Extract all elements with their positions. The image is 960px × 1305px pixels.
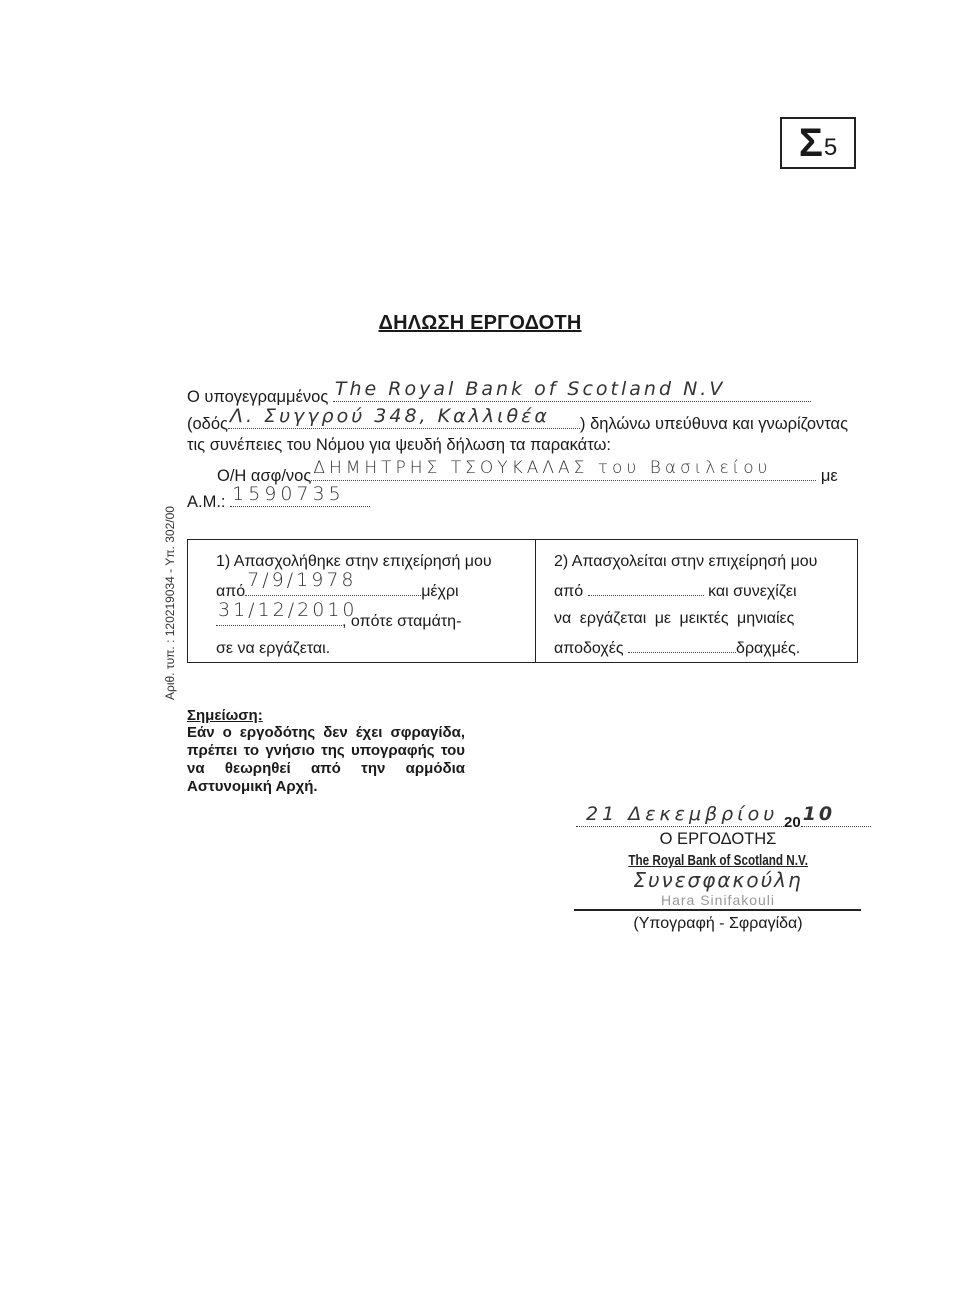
am-label: Α.Μ.: bbox=[187, 493, 226, 511]
box1-line4: σε να εργάζεται. bbox=[216, 635, 535, 662]
date-value: 21 Δεκεμβρίου bbox=[586, 803, 778, 825]
signatory-label: Ο υπογεγραμμένος bbox=[187, 388, 328, 406]
box1-from-field[interactable]: 7/9/1978 bbox=[245, 575, 421, 596]
box2-continues-text: και συνεχίζει bbox=[708, 583, 797, 600]
handwritten-signature: Συνεσφακούλη bbox=[633, 868, 802, 892]
box1-until-line: 31/12/2010 , οπότε σταμάτη- bbox=[216, 605, 535, 635]
handwritten-signature-wrap: Συνεσφακούλη bbox=[576, 868, 860, 892]
am-field[interactable]: 1590735 bbox=[230, 486, 370, 507]
signatory-field[interactable]: The Royal Bank of Scotland N.V bbox=[333, 381, 811, 402]
year-prefix: 20 bbox=[784, 814, 801, 831]
insured-value: ΔΗΜΗΤΡΗΣ ΤΣΟΥΚΑΛΑΣ του Βασιλείου bbox=[313, 457, 771, 479]
signature-line bbox=[574, 909, 861, 911]
box1-stopped-text: , οπότε σταμάτη- bbox=[342, 613, 461, 630]
am-value: 1590735 bbox=[232, 483, 345, 505]
form-code-symbol: Σ bbox=[799, 123, 823, 163]
street-label: (οδός bbox=[187, 415, 228, 433]
box2-earnings-label: αποδοχές bbox=[554, 640, 624, 657]
year-value: 10 bbox=[803, 803, 835, 825]
street-value: Λ. Συγγρού 348, Καλλιθέα bbox=[230, 405, 550, 427]
street-suffix: ) δηλώνω υπεύθυνα και γνωρίζοντας bbox=[580, 415, 848, 433]
box2-line1: 2) Απασχολείται στην επιχείρησή μου bbox=[554, 548, 857, 575]
box2-from-line: από και συνεχίζει bbox=[554, 575, 857, 605]
signatory-value: The Royal Bank of Scotland N.V bbox=[335, 378, 725, 400]
street-line: (οδός Λ. Συγγρού 348, Καλλιθέα ) δηλώνω … bbox=[187, 408, 848, 435]
box1-until-value: 31/12/2010 bbox=[218, 597, 358, 624]
box2-line3: να εργάζεται με μεικτές μηνιαίες bbox=[554, 605, 857, 632]
signatory-line: Ο υπογεγραμμένος The Royal Bank of Scotl… bbox=[187, 381, 811, 408]
am-line: Α.Μ.: 1590735 bbox=[187, 486, 370, 513]
page-title: ΔΗΛΩΣΗ ΕΡΓΟΔΟΤΗ bbox=[0, 312, 960, 335]
stamp-person-wrap: Hara Sinifakouli bbox=[576, 892, 860, 910]
note-title: Σημείωση: bbox=[187, 707, 465, 724]
street-field[interactable]: Λ. Συγγρού 348, Καλλιθέα bbox=[228, 408, 580, 429]
stamp-person: Hara Sinifakouli bbox=[661, 892, 775, 908]
box2-from-field[interactable] bbox=[588, 575, 704, 596]
box1-until-label: μέχρι bbox=[421, 583, 458, 600]
form-code-box: Σ 5 bbox=[780, 117, 856, 169]
year-field[interactable]: 10 bbox=[801, 806, 871, 827]
box-employment-continues: 2) Απασχολείται στην επιχείρησή μου από … bbox=[535, 539, 858, 663]
note-section: Σημείωση: Εάν ο εργοδότης δεν έχει σφραγ… bbox=[187, 707, 465, 796]
form-code-number: 5 bbox=[824, 134, 837, 162]
date-field[interactable]: 21 Δεκεμβρίου bbox=[576, 806, 784, 827]
signature-caption: (Υπογραφή - Σφραγίδα) bbox=[576, 915, 860, 933]
employer-label: Ο ΕΡΓΟΔΟΤΗΣ bbox=[576, 830, 860, 849]
box2-from-label: από bbox=[554, 583, 583, 600]
box2-currency-text: δραχμές. bbox=[736, 640, 800, 657]
consequences-line: τις συνέπειες του Νόμου για ψευδή δήλωση… bbox=[187, 434, 611, 456]
stamp-company: The Royal Bank of Scotland N.V. bbox=[628, 852, 808, 869]
insured-suffix: με bbox=[821, 467, 838, 485]
box1-from-value: 7/9/1978 bbox=[247, 567, 356, 594]
insured-field[interactable]: ΔΗΜΗΤΡΗΣ ΤΣΟΥΚΑΛΑΣ του Βασιλείου bbox=[311, 460, 816, 481]
note-body: Εάν ο εργοδότης δεν έχει σφραγίδα, πρέπε… bbox=[187, 724, 465, 796]
side-print-code: Αριθ. τυπ. : 120219034 - Υπ. 302/00 bbox=[163, 506, 177, 700]
box-employment-ended: 1) Απασχολήθηκε στην επιχείρησή μου από … bbox=[187, 539, 536, 663]
box1-until-field[interactable]: 31/12/2010 bbox=[216, 605, 342, 626]
box2-earnings-field[interactable] bbox=[628, 632, 736, 653]
box2-earnings-line: αποδοχές δραχμές. bbox=[554, 632, 857, 662]
